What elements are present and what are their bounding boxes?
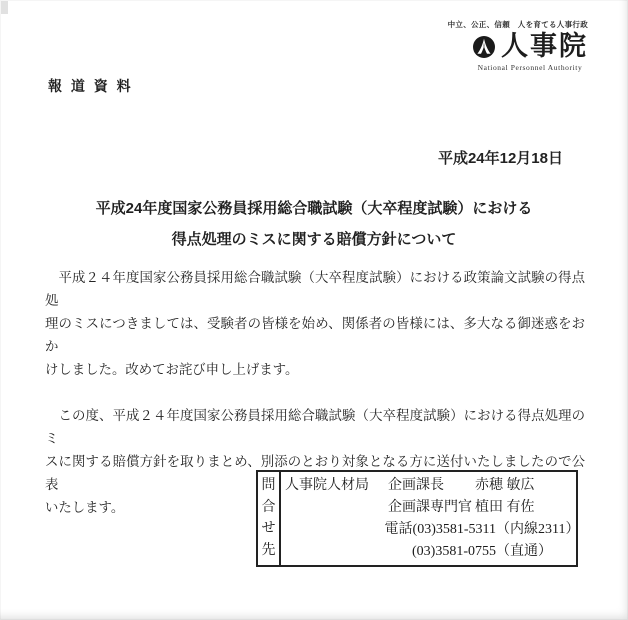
contact-phone-note: （直通） xyxy=(496,541,570,563)
npa-person-circle-icon xyxy=(472,35,496,59)
org-name-english: National Personnel Authority xyxy=(478,63,583,72)
contact-person-name: 植田 有佐 xyxy=(475,497,570,519)
contact-details: 人事院人材局 企画課長 赤穂 敏広 企画課専門官 植田 有佐 電話(03)358… xyxy=(281,472,576,565)
contact-box: 問 合 せ 先 人事院人材局 企画課長 赤穂 敏広 企画課専門官 植田 有佐 電… xyxy=(256,470,578,567)
npa-logo-block: 人事院 National Personnel Authority xyxy=(472,33,588,72)
contact-org: 人事院人材局 xyxy=(285,475,388,497)
press-release-document: 中立、公正、信頼 人を育てる人事行政 人事院 National Personne… xyxy=(0,0,628,620)
npa-tagline: 中立、公正、信頼 人を育てる人事行政 xyxy=(448,19,588,30)
contact-staff-row: 人事院人材局 企画課長 赤穂 敏広 xyxy=(285,475,570,497)
contact-role: 企画課専門官 xyxy=(388,497,475,519)
body-line: この度、平成２４年度国家公務員採用総合職試験（大卒程度試験）における得点処理のミ xyxy=(45,404,585,450)
contact-staff-row: 企画課専門官 植田 有佐 xyxy=(285,497,570,519)
contact-phone-number: 電話(03)3581-5311 xyxy=(385,519,496,541)
body-line: けしました。改めてお詫び申し上げます。 xyxy=(45,358,585,381)
contact-person-name: 赤穂 敏広 xyxy=(475,475,570,497)
contact-label-char: 合 xyxy=(262,501,276,515)
contact-role: 企画課長 xyxy=(388,475,475,497)
contact-phone-note: （内線2311） xyxy=(496,519,570,541)
scan-artifact xyxy=(1,1,8,14)
contact-label-char: 問 xyxy=(262,479,276,493)
document-title-line1: 平成24年度国家公務員採用総合職試験（大卒程度試験）における xyxy=(0,193,628,224)
body-line: 理のミスにつきましては、受験者の皆様を始め、関係者の皆様には、多大なる御迷惑をお… xyxy=(45,312,585,358)
document-date: 平成24年12月18日 xyxy=(438,147,563,168)
org-name: 人事院 xyxy=(501,33,588,60)
document-title: 平成24年度国家公務員採用総合職試験（大卒程度試験）における 得点処理のミスに関… xyxy=(0,193,628,255)
contact-label-char: せ xyxy=(262,522,276,536)
npa-brand-block: 中立、公正、信頼 人を育てる人事行政 人事院 National Personne… xyxy=(448,19,588,72)
contact-org xyxy=(285,497,388,519)
contact-label-char: 先 xyxy=(262,544,276,558)
document-title-line2: 得点処理のミスに関する賠償方針について xyxy=(0,224,628,255)
contact-phone-row: (03)3581-0755 （直通） xyxy=(285,541,570,563)
contact-phone-row: 電話(03)3581-5311 （内線2311） xyxy=(285,519,570,541)
paragraph-apology: 平成２４年度国家公務員採用総合職試験（大卒程度試験）における政策論文試験の得点処… xyxy=(45,266,585,381)
contact-phone-number: (03)3581-0755 xyxy=(412,541,496,563)
body-line: 平成２４年度国家公務員採用総合職試験（大卒程度試験）における政策論文試験の得点処 xyxy=(45,266,585,312)
doc-type-label: 報 道 資 料 xyxy=(48,76,133,96)
contact-vertical-label: 問 合 せ 先 xyxy=(258,472,281,565)
npa-logo-row: 人事院 xyxy=(472,33,588,60)
